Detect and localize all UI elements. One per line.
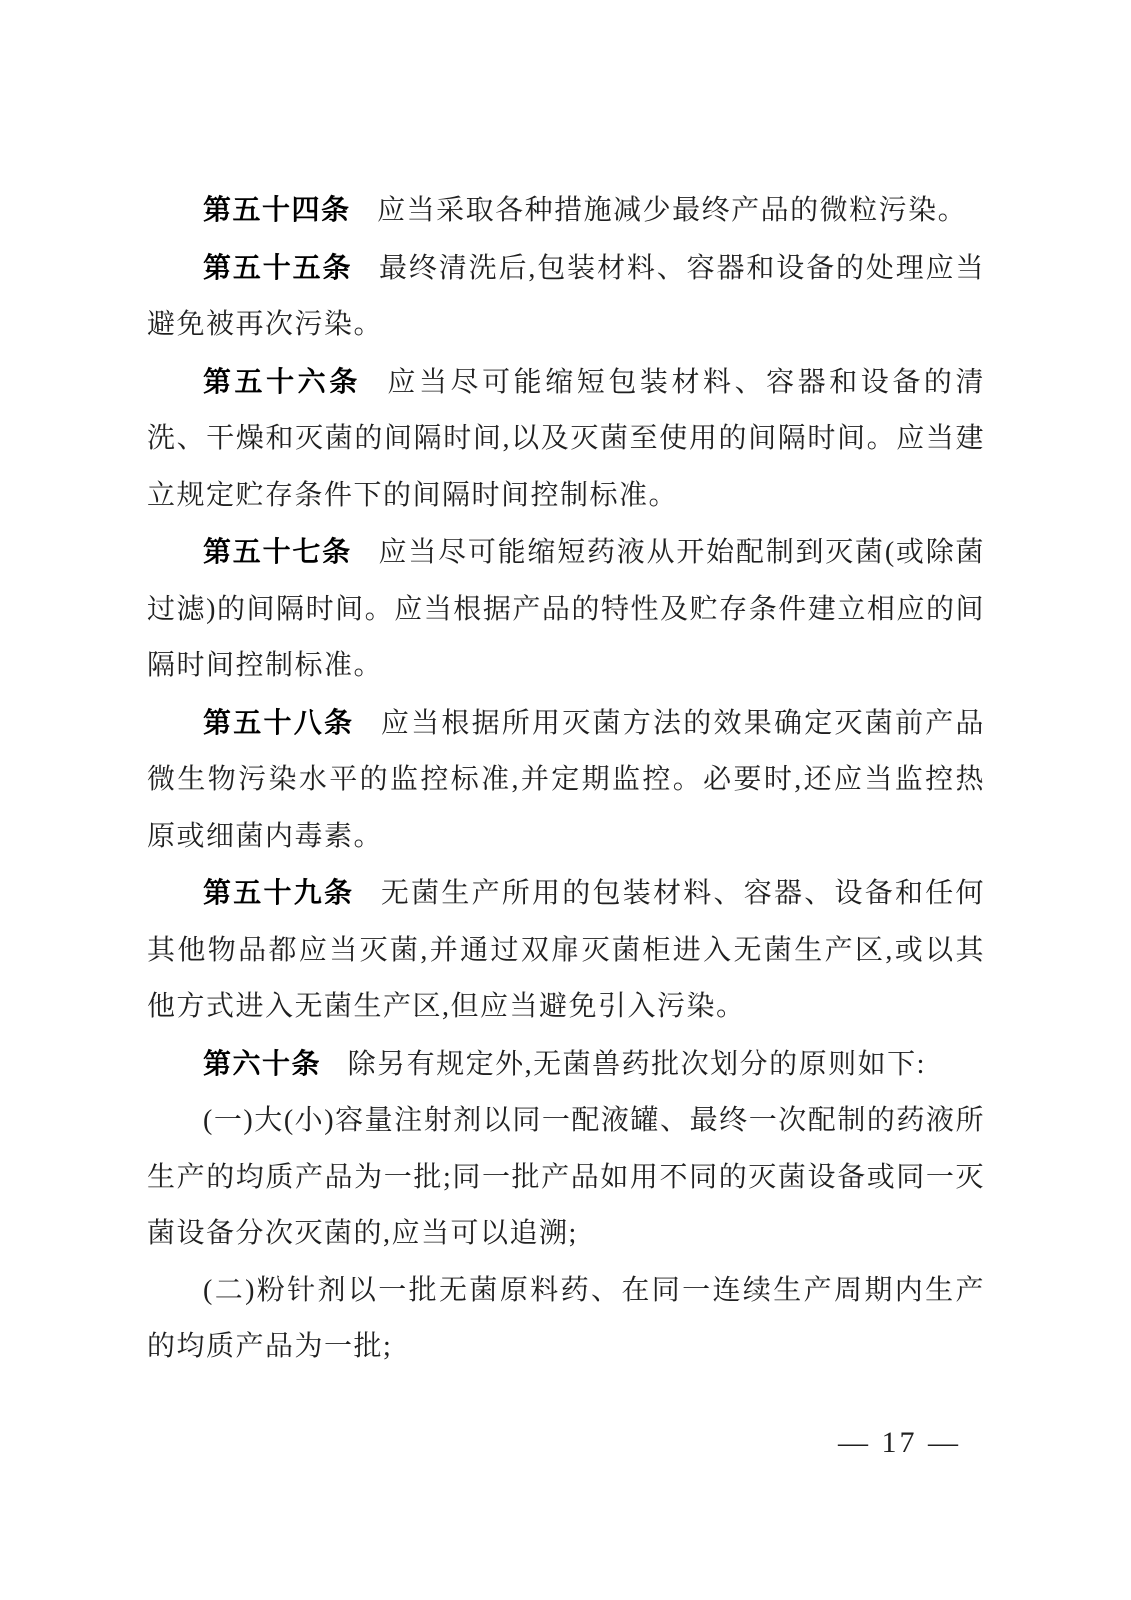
list-item-1-text: (一)大(小)容量注射剂以同一配液罐、最终一次配制的药液所生产的均质产品为一批;… <box>147 1105 985 1249</box>
article-58-number: 第五十八条 <box>203 707 354 738</box>
page-footer: — 17 — <box>838 1426 961 1460</box>
document-page: 第五十四条应当采取各种措施减少最终产品的微粒污染。 第五十五条最终清洗后,包装材… <box>0 0 1131 1600</box>
article-54-paragraph: 第五十四条应当采取各种措施减少最终产品的微粒污染。 <box>147 182 985 240</box>
article-55-number: 第五十五条 <box>203 252 352 283</box>
article-57-number: 第五十七条 <box>203 536 352 567</box>
article-57-paragraph: 第五十七条应当尽可能缩短药液从开始配制到灭菌(或除菌过滤)的间隔时间。应当根据产… <box>147 524 985 695</box>
document-body: 第五十四条应当采取各种措施减少最终产品的微粒污染。 第五十五条最终清洗后,包装材… <box>147 182 985 1376</box>
page-number: — 17 — <box>838 1426 961 1459</box>
article-56-paragraph: 第五十六条应当尽可能缩短包装材料、容器和设备的清洗、干燥和灭菌的间隔时间,以及灭… <box>147 354 985 525</box>
article-59-paragraph: 第五十九条无菌生产所用的包装材料、容器、设备和任何其他物品都应当灭菌,并通过双扉… <box>147 865 985 1036</box>
article-54-number: 第五十四条 <box>203 194 351 225</box>
list-item-2-text: (二)粉针剂以一批无菌原料药、在同一连续生产周期内生产的均质产品为一批; <box>147 1275 985 1363</box>
article-59-number: 第五十九条 <box>203 877 354 908</box>
list-item-2-paragraph: (二)粉针剂以一批无菌原料药、在同一连续生产周期内生产的均质产品为一批; <box>147 1263 985 1376</box>
article-56-number: 第五十六条 <box>203 366 361 397</box>
article-60-text: 除另有规定外,无菌兽药批次划分的原则如下: <box>348 1049 926 1080</box>
article-58-paragraph: 第五十八条应当根据所用灭菌方法的效果确定灭菌前产品微生物污染水平的监控标准,并定… <box>147 695 985 866</box>
list-item-1-paragraph: (一)大(小)容量注射剂以同一配液罐、最终一次配制的药液所生产的均质产品为一批;… <box>147 1093 985 1263</box>
article-54-text: 应当采取各种措施减少最终产品的微粒污染。 <box>377 195 967 226</box>
article-60-paragraph: 第六十条除另有规定外,无菌兽药批次划分的原则如下: <box>147 1036 985 1094</box>
article-60-number: 第六十条 <box>203 1048 321 1079</box>
article-55-paragraph: 第五十五条最终清洗后,包装材料、容器和设备的处理应当避免被再次污染。 <box>147 240 985 354</box>
